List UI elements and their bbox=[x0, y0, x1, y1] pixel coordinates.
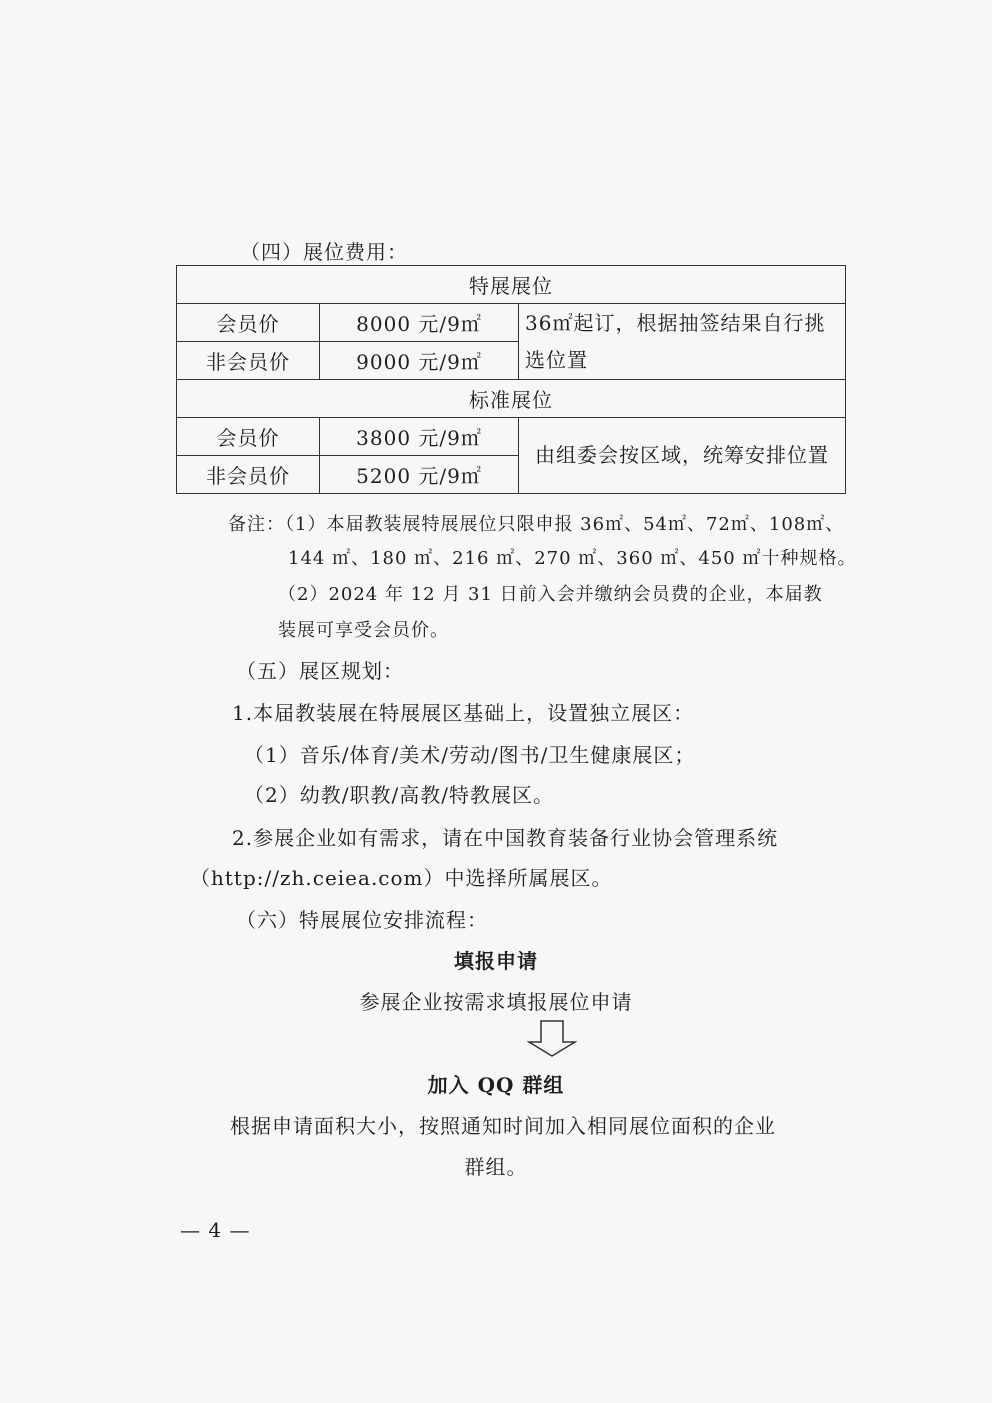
zone-item-1: 1.本届教装展在特展展区基础上，设置独立展区： bbox=[232, 697, 694, 726]
price-cell: 9000 元/9㎡ bbox=[320, 342, 519, 380]
table-row: 特展展位 bbox=[177, 266, 846, 304]
member-type: 会员价 bbox=[177, 418, 320, 456]
step-2-description-line-2: 群组。 bbox=[0, 1151, 992, 1180]
section-5-heading: （五）展区规划： bbox=[236, 655, 404, 684]
table-row: 标准展位 bbox=[177, 380, 846, 418]
zone-item-1-sub-1: （1）音乐/体育/美术/劳动/图书/卫生健康展区； bbox=[244, 739, 695, 768]
price-cell: 8000 元/9㎡ bbox=[320, 304, 519, 342]
standard-booth-title: 标准展位 bbox=[177, 380, 846, 418]
zone-item-1-sub-2: （2）幼教/职教/高教/特教展区。 bbox=[244, 779, 554, 808]
section-6-heading: （六）特展展位安排流程： bbox=[236, 904, 488, 933]
document-page: （四）展位费用： 特展展位 会员价 8000 元/9㎡ 36㎡起订，根据抽签结果… bbox=[0, 0, 992, 1403]
price-cell: 3800 元/9㎡ bbox=[320, 418, 519, 456]
remark-2-line-2: 装展可享受会员价。 bbox=[278, 616, 449, 642]
step-1-description: 参展企业按需求填报展位申请 bbox=[0, 986, 992, 1015]
zone-item-2-line-2: （http://zh.ceiea.com）中选择所属展区。 bbox=[190, 862, 613, 891]
remark-2-line-1: （2）2024 年 12 月 31 日前入会并缴纳会员费的企业，本届教 bbox=[278, 580, 823, 606]
step-2-description-line-1: 根据申请面积大小，按照通知时间加入相同展位面积的企业 bbox=[230, 1110, 776, 1139]
page-number: — 4 — bbox=[180, 1218, 250, 1242]
table-row: 会员价 8000 元/9㎡ 36㎡起订，根据抽签结果自行挑选位置 bbox=[177, 304, 846, 342]
table-row: 会员价 3800 元/9㎡ 由组委会按区域，统筹安排位置 bbox=[177, 418, 846, 456]
remark-1-line-1: 备注：（1）本届教装展特展展位只限申报 36㎡、54㎡、72㎡、108㎡、 bbox=[228, 510, 844, 536]
zone-item-2-line-1: 2.参展企业如有需求，请在中国教育装备行业协会管理系统 bbox=[232, 822, 778, 851]
standard-booth-note: 由组委会按区域，统筹安排位置 bbox=[519, 418, 846, 494]
member-type: 非会员价 bbox=[177, 342, 320, 380]
down-arrow-icon bbox=[527, 1020, 577, 1058]
special-booth-title: 特展展位 bbox=[177, 266, 846, 304]
remark-1-line-2: 144 ㎡、180 ㎡、216 ㎡、270 ㎡、360 ㎡、450 ㎡十种规格。 bbox=[288, 544, 856, 570]
member-type: 非会员价 bbox=[177, 456, 320, 494]
section-4-heading: （四）展位费用： bbox=[240, 236, 408, 265]
booth-fee-table: 特展展位 会员价 8000 元/9㎡ 36㎡起订，根据抽签结果自行挑选位置 非会… bbox=[176, 265, 846, 494]
special-booth-note: 36㎡起订，根据抽签结果自行挑选位置 bbox=[519, 304, 846, 380]
price-cell: 5200 元/9㎡ bbox=[320, 456, 519, 494]
step-1-title: 填报申请 bbox=[0, 945, 992, 974]
step-2-title: 加入 QQ 群组 bbox=[0, 1069, 992, 1098]
member-type: 会员价 bbox=[177, 304, 320, 342]
